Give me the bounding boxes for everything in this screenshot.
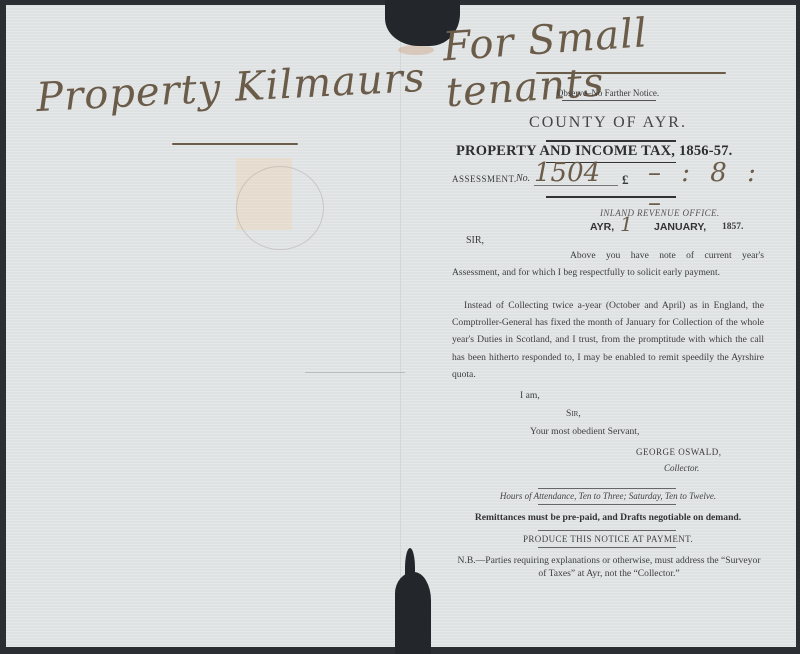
- title-rule-top: [546, 140, 676, 142]
- date-day: 1: [620, 212, 633, 236]
- faint-pencil-line: [305, 372, 405, 373]
- assessment-label: ASSESSMENT.: [452, 174, 517, 184]
- closing-sir: Sir,: [566, 408, 581, 419]
- closing-servant: Your most obedient Servant,: [530, 426, 639, 437]
- stain-mark: [398, 45, 434, 55]
- assessment-rule: [546, 196, 676, 198]
- signatory-name: GEORGE OSWALD,: [636, 447, 722, 457]
- tear-bottom: [395, 572, 431, 654]
- produce-notice: PRODUCE THIS NOTICE AT PAYMENT.: [452, 534, 764, 544]
- hours-rule-top: [538, 488, 676, 489]
- produce-rule-top: [538, 530, 676, 531]
- office-heading: INLAND REVENUE OFFICE.: [600, 208, 720, 218]
- assessment-number-underline: [534, 185, 618, 186]
- closing-i-am: I am,: [520, 390, 540, 401]
- nb-note: N.B.—Parties requiring explanations or o…: [454, 554, 764, 580]
- date-year: 1857.: [722, 222, 743, 232]
- observe-rule: [562, 100, 656, 101]
- signatory-title: Collector.: [664, 463, 699, 473]
- produce-rule-bottom: [538, 547, 676, 548]
- remittances-note: Remittances must be pre-paid, and Drafts…: [452, 512, 764, 523]
- assessment-number: 1504: [534, 158, 600, 188]
- paragraph-assessment: Above you have note of current year's As…: [452, 247, 764, 281]
- faint-postmark-circle: [236, 166, 324, 250]
- date-month: JANUARY,: [654, 221, 706, 233]
- observe-line: Observe–No Farther Notice.: [452, 88, 764, 98]
- number-label: No.: [516, 173, 530, 184]
- paragraph-collection: Instead of Collecting twice a-year (Octo…: [452, 297, 764, 383]
- county-heading: COUNTY OF AYR.: [452, 114, 764, 132]
- hours-of-attendance: Hours of Attendance, Ten to Three; Satur…: [452, 491, 764, 501]
- handwritten-underline-right: [536, 72, 726, 74]
- salutation: SIR,: [466, 235, 484, 246]
- document-viewer: Property Kilmaurs For Small tenants Obse…: [0, 0, 800, 654]
- hours-rule-bottom: [538, 504, 676, 505]
- pound-symbol: £: [622, 172, 629, 188]
- handwritten-underline-left: [172, 143, 298, 145]
- date-place: AYR,: [590, 221, 614, 233]
